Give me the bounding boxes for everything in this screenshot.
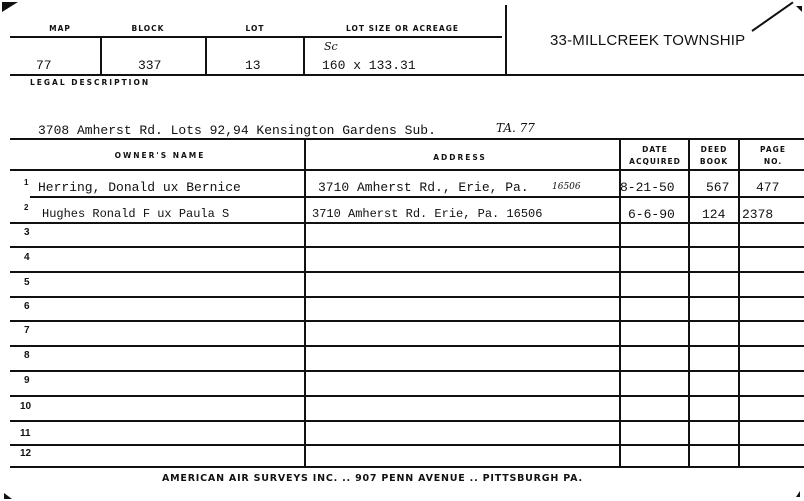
deed-book[interactable]: 567 <box>706 180 729 195</box>
block-label: BLOCK <box>118 24 178 33</box>
date-column-header-2: ACQUIRED <box>622 157 688 166</box>
lot-size-annotation: Sc <box>324 40 338 53</box>
table-header-rule <box>10 169 804 171</box>
row-rule <box>10 296 804 298</box>
row-number: 2 <box>24 203 28 212</box>
divider-lot-size <box>303 38 305 74</box>
row-number: 7 <box>24 325 30 336</box>
lot-value[interactable]: 13 <box>245 58 261 83</box>
page-column-header-1: PAGE <box>742 145 804 154</box>
corner-mark-bottom-right <box>796 491 800 497</box>
owner-name[interactable]: Herring, Donald ux Bernice <box>38 180 241 195</box>
corner-mark-top-left <box>2 2 18 12</box>
header-top-rule <box>10 36 502 38</box>
row-number: 12 <box>20 448 31 459</box>
divider-title <box>505 5 507 75</box>
header-bottom-rule <box>10 74 804 76</box>
row-rule <box>10 345 804 347</box>
legal-annotation: TA. 77 <box>496 121 535 135</box>
row-rule <box>10 271 804 273</box>
legal-description-label: LEGAL DESCRIPTION <box>30 78 230 87</box>
page-number[interactable]: 477 <box>756 180 779 195</box>
row-rule <box>10 420 804 422</box>
date-column-header-1: DATE <box>622 145 688 154</box>
row-rule <box>10 444 804 446</box>
row-number: 8 <box>24 350 30 361</box>
row-number: 3 <box>24 227 30 238</box>
row-rule <box>10 395 804 397</box>
legal-description[interactable]: 3708 Amherst Rd. Lots 92,94 Kensington G… <box>38 123 436 138</box>
row-number: 11 <box>20 428 31 439</box>
owner-address[interactable]: 3710 Amherst Rd., Erie, Pa. <box>318 180 529 195</box>
row-number: 10 <box>20 401 31 412</box>
column-divider-date-deed <box>688 139 690 468</box>
township-title: 33-MILLCREEK TOWNSHIP <box>550 32 745 49</box>
corner-mark-top-right <box>796 6 802 12</box>
date-acquired[interactable]: 8-21-50 <box>620 180 675 195</box>
table-bottom-rule <box>10 466 804 468</box>
row-number: 9 <box>24 375 30 386</box>
owner-address[interactable]: 3710 Amherst Rd. Erie, Pa. 16506 <box>312 207 542 221</box>
lot-label: LOT <box>225 24 285 33</box>
page-number[interactable]: 2378 <box>742 207 773 222</box>
lot-size-label: LOT SIZE OR ACREAGE <box>330 24 475 33</box>
row-number: 1 <box>24 178 28 187</box>
divider-block-lot <box>205 38 207 74</box>
owner-name[interactable]: Hughes Ronald F ux Paula S <box>42 207 229 221</box>
row-number: 4 <box>24 252 30 263</box>
deed-book[interactable]: 124 <box>702 207 725 222</box>
column-divider-deed-page <box>738 139 740 468</box>
divider-map-block <box>100 38 102 74</box>
corner-mark-bottom-left <box>4 493 12 499</box>
legal-rule <box>10 138 804 140</box>
column-divider-owner-address <box>304 139 306 468</box>
owner-column-header: OWNER'S NAME <box>40 151 280 160</box>
address-column-header: ADDRESS <box>330 153 590 162</box>
row-rule <box>10 320 804 322</box>
address-note: 16506 <box>552 182 581 192</box>
row-rule <box>30 196 804 198</box>
row-rule <box>10 246 804 248</box>
row-rule <box>10 222 804 224</box>
deed-column-header-1: DEED <box>690 145 738 154</box>
row-rule <box>10 370 804 372</box>
lot-size-value[interactable]: 160 x 133.31 <box>322 58 416 83</box>
map-label: MAP <box>30 24 90 33</box>
date-acquired[interactable]: 6-6-90 <box>628 207 675 222</box>
row-number: 5 <box>24 277 30 288</box>
pen-stroke <box>751 2 793 32</box>
deed-column-header-2: BOOK <box>690 157 738 166</box>
row-number: 6 <box>24 301 30 312</box>
page-column-header-2: NO. <box>742 157 804 166</box>
publisher-footer: AMERICAN AIR SURVEYS INC. .. 907 PENN AV… <box>162 473 583 484</box>
